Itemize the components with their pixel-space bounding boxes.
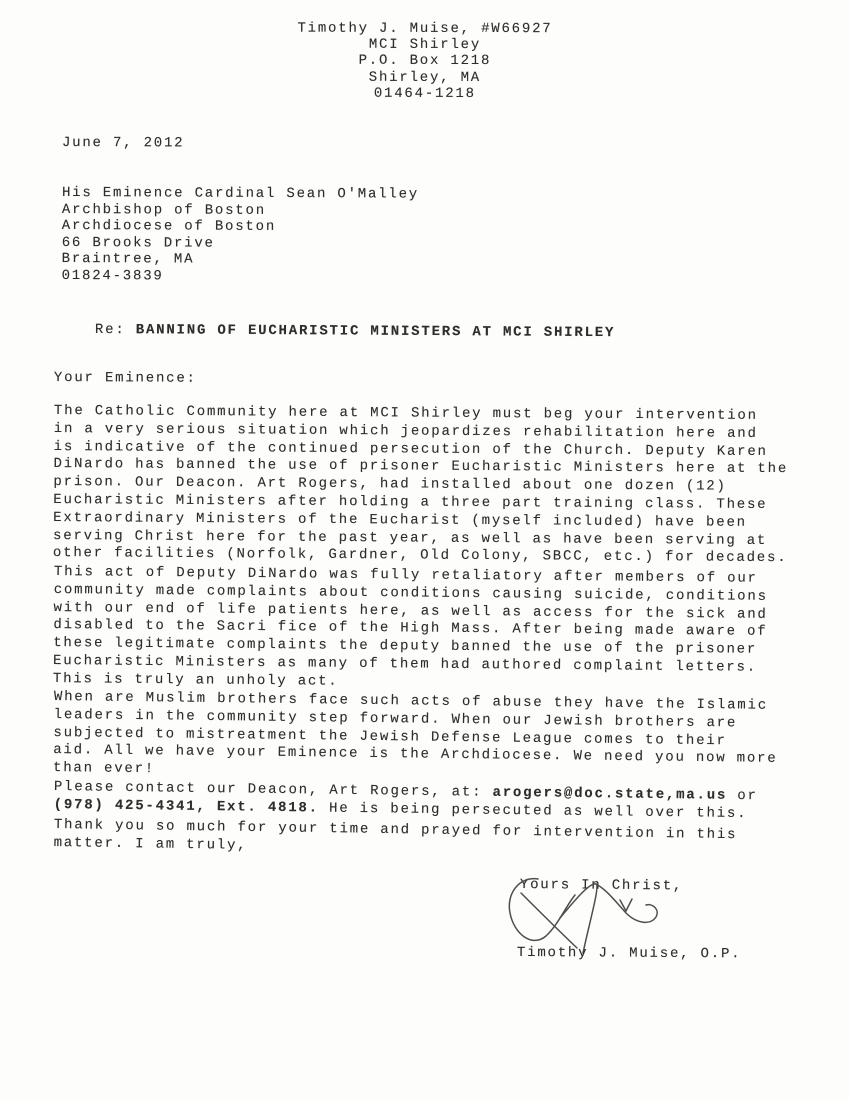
- signature-stroke-peak: [560, 884, 597, 953]
- body-paragraph-5: Thank you so much for your time and pray…: [53, 817, 737, 863]
- contact-email: arogers@doc.state,ma.us: [492, 785, 727, 804]
- signature-stroke-hump: [596, 884, 657, 922]
- salutation: Your Eminence:: [54, 369, 197, 388]
- signature-stroke-loop: [509, 879, 575, 941]
- body-paragraph-2: This act of Deputy DiNardo was fully ret…: [53, 564, 768, 695]
- contact-tail-text: He is being persecuted as well over this…: [319, 800, 748, 822]
- letter-page: Timothy J. Muise, #W66927 MCI Shirley P.…: [0, 0, 850, 1100]
- sender-address: Timothy J. Muise, #W66927 MCI Shirley P.…: [0, 20, 850, 103]
- body-paragraph-3: When are Muslim brothers face such acts …: [53, 689, 778, 787]
- letter-date: June 7, 2012: [62, 134, 184, 152]
- body-paragraph-1: The Catholic Community here at MCI Shirl…: [53, 403, 789, 568]
- contact-or-text: or: [727, 788, 758, 804]
- recipient-address: His Eminence Cardinal Sean O'Malley Arch…: [62, 185, 419, 286]
- signed-name: Timothy J. Muise, O.P.: [517, 944, 742, 963]
- contact-phone: (978) 425-4341, Ext. 4818.: [54, 797, 319, 816]
- body-paragraph-4: Please contact our Deacon, Art Rogers, a…: [54, 779, 758, 824]
- subject-line: Re: BANNING OF EUCHARISTIC MINISTERS AT …: [95, 321, 615, 342]
- subject-label: Re:: [95, 322, 136, 338]
- subject-text: BANNING OF EUCHARISTIC MINISTERS AT MCI …: [136, 322, 616, 341]
